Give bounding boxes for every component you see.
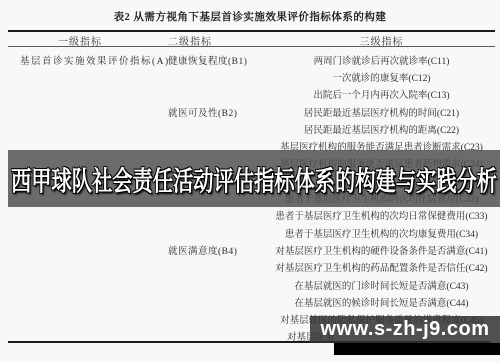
overlay-banner: 西甲球队社会责任活动评估指标体系的构建与实践分析 [8,150,500,207]
level3-cell: 对基层医疗卫生机构的硬件设备条件是否满意(C41) [263,243,500,257]
table-row: 患者于基层医疗卫生机构的次均日常保健费用(C33) [0,207,500,224]
level3-cell: 两周门诊就诊后再次就诊率(C11) [263,53,500,67]
level2-cell: 健康恢复程度(B1) [160,53,263,67]
watermark-url-text: www.s-zh-j9.com [320,318,489,341]
column-header-level1: 一级指标 [0,33,160,46]
level3-cell: 在基层就医的候诊时间长短是否满意(C44) [263,295,500,309]
column-header-level3: 三级指标 [263,33,500,46]
table-top-rule [8,30,495,32]
table-row: 在基层就医的候诊时间长短是否满意(C44) [0,293,500,310]
level3-cell: 一次就诊的康复率(C12) [263,70,500,84]
watermark-band: www.s-zh-j9.com [310,316,500,343]
table-row: 就医满意度(B4) 对基层医疗卫生机构的硬件设备条件是否满意(C41) [0,241,500,258]
table-row: 出院后一个月内再次入院率(C13) [0,86,500,103]
table-row: 在基层就医的门诊时间长短是否满意(C43) [0,276,500,293]
table-row: 就医可及性(B2) 居民距最近基层医疗机构的时间(C21) [0,103,500,120]
table-row: 患者于基层医疗卫生机构的次均康复费用(C34) [0,224,500,241]
level3-cell: 对基层医疗卫生机构的药品配置条件是否信任(C42) [263,260,500,274]
overlay-banner-text: 西甲球队社会责任活动评估指标体系的构建与实践分析 [11,159,497,198]
level1-cell: 基层首诊实施效果评价指标(A) [0,53,160,67]
table-row: 基层首诊实施效果评价指标(A) 健康恢复程度(B1) 两周门诊就诊后再次就诊率(… [0,51,500,68]
level2-cell: 就医满意度(B4) [160,243,263,257]
level3-cell: 出院后一个月内再次入院率(C13) [263,87,500,101]
table-title: 表2 从需方视角下基层首诊实施效果评价指标体系的构建 [0,9,500,24]
watermark-black-bar [334,343,500,355]
level3-cell: 在基层就医的门诊时间长短是否满意(C43) [263,278,500,292]
level2-cell: 就医可及性(B2) [160,105,263,119]
column-header-level2: 二级指标 [160,33,263,46]
level3-cell: 居民距最近基层医疗机构的距离(C22) [263,122,500,136]
document-page: 表2 从需方视角下基层首诊实施效果评价指标体系的构建 一级指标 二级指标 三级指… [0,0,500,362]
table-row: 居民距最近基层医疗机构的距离(C22) [0,120,500,137]
level3-cell: 居民距最近基层医疗机构的时间(C21) [263,105,500,119]
table-header-row: 一级指标 二级指标 三级指标 [0,33,500,46]
level3-cell: 患者于基层医疗卫生机构的次均日常保健费用(C33) [263,208,500,222]
table-header-rule [8,46,495,47]
table-row: 对基层医疗卫生机构的药品配置条件是否信任(C42) [0,259,500,276]
level3-cell: 患者于基层医疗卫生机构的次均康复费用(C34) [263,226,500,240]
table-row: 一次就诊的康复率(C12) [0,68,500,85]
